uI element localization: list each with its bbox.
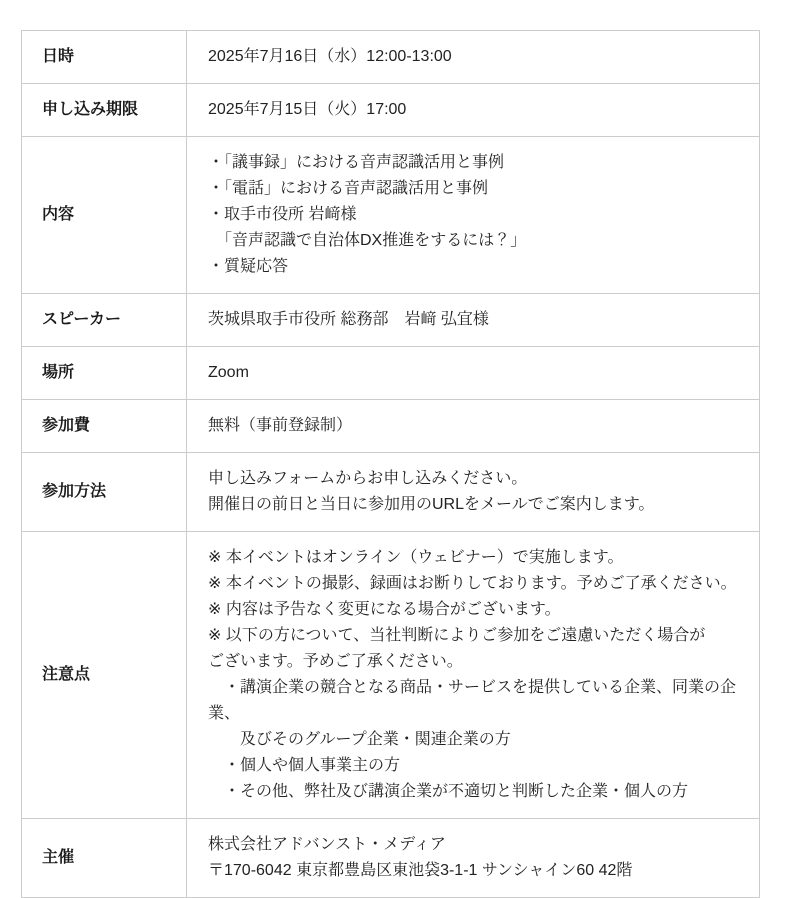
content-line: ※ 内容は予告なく変更になる場合がございます。 [208, 597, 743, 623]
row-content: 無料（事前登録制） [187, 400, 760, 453]
content-line: ・「議事録」における音声認識活用と事例 [208, 150, 743, 176]
row-label: 内容 [22, 137, 187, 294]
row-content: 茨城県取手市役所 総務部 岩﨑 弘宜様 [187, 294, 760, 347]
content-line: 「音声認識で自治体DX推進をするには？」 [208, 228, 743, 254]
row-content: Zoom [187, 347, 760, 400]
row-label: 申し込み期限 [22, 84, 187, 137]
table-row: 参加費無料（事前登録制） [22, 400, 760, 453]
content-line: ・講演企業の競合となる商品・サービスを提供している企業、同業の企業、 [208, 675, 743, 727]
content-line: ございます。予めご了承ください。 [208, 649, 743, 675]
row-label: 注意点 [22, 532, 187, 819]
row-content: ※ 本イベントはオンライン（ウェビナー）で実施します。※ 本イベントの撮影、録画… [187, 532, 760, 819]
row-content: 株式会社アドバンスト・メディア〒170-6042 東京都豊島区東池袋3-1-1 … [187, 819, 760, 898]
content-line: ・質疑応答 [208, 254, 743, 280]
content-line: 開催日の前日と当日に参加用のURLをメールでご案内します。 [208, 492, 743, 518]
table-row: 注意点※ 本イベントはオンライン（ウェビナー）で実施します。※ 本イベントの撮影… [22, 532, 760, 819]
content-line: ・その他、弊社及び講演企業が不適切と判断した企業・個人の方 [208, 779, 743, 805]
content-line: ※ 本イベントはオンライン（ウェビナー）で実施します。 [208, 545, 743, 571]
content-line: Zoom [208, 360, 743, 386]
row-content: 2025年7月16日（水）12:00-13:00 [187, 31, 760, 84]
table-row: 内容・「議事録」における音声認識活用と事例・「電話」における音声認識活用と事例・… [22, 137, 760, 294]
row-label: スピーカー [22, 294, 187, 347]
event-table-body: 日時2025年7月16日（水）12:00-13:00申し込み期限2025年7月1… [22, 31, 760, 898]
content-line: ・取手市役所 岩﨑様 [208, 202, 743, 228]
table-row: 日時2025年7月16日（水）12:00-13:00 [22, 31, 760, 84]
content-line: 2025年7月15日（火）17:00 [208, 97, 743, 123]
content-line: ※ 以下の方について、当社判断によりご参加をご遠慮いただく場合が [208, 623, 743, 649]
content-line: ・個人や個人事業主の方 [208, 753, 743, 779]
content-line: 茨城県取手市役所 総務部 岩﨑 弘宜様 [208, 307, 743, 333]
page: 日時2025年7月16日（水）12:00-13:00申し込み期限2025年7月1… [0, 0, 800, 897]
table-row: 主催株式会社アドバンスト・メディア〒170-6042 東京都豊島区東池袋3-1-… [22, 819, 760, 898]
content-line: 及びそのグループ企業・関連企業の方 [208, 727, 743, 753]
table-row: 申し込み期限2025年7月15日（火）17:00 [22, 84, 760, 137]
content-line: 申し込みフォームからお申し込みください。 [208, 466, 743, 492]
content-line: 〒170-6042 東京都豊島区東池袋3-1-1 サンシャイン60 42階 [208, 858, 743, 884]
row-content: 2025年7月15日（火）17:00 [187, 84, 760, 137]
row-content: ・「議事録」における音声認識活用と事例・「電話」における音声認識活用と事例・取手… [187, 137, 760, 294]
table-row: 参加方法申し込みフォームからお申し込みください。開催日の前日と当日に参加用のUR… [22, 453, 760, 532]
content-line: 2025年7月16日（水）12:00-13:00 [208, 44, 743, 70]
table-row: スピーカー茨城県取手市役所 総務部 岩﨑 弘宜様 [22, 294, 760, 347]
content-line: ※ 本イベントの撮影、録画はお断りしております。予めご了承ください。 [208, 571, 743, 597]
row-label: 場所 [22, 347, 187, 400]
content-line: 株式会社アドバンスト・メディア [208, 832, 743, 858]
table-row: 場所Zoom [22, 347, 760, 400]
row-content: 申し込みフォームからお申し込みください。開催日の前日と当日に参加用のURLをメー… [187, 453, 760, 532]
row-label: 参加方法 [22, 453, 187, 532]
row-label: 日時 [22, 31, 187, 84]
row-label: 参加費 [22, 400, 187, 453]
event-details-table: 日時2025年7月16日（水）12:00-13:00申し込み期限2025年7月1… [21, 30, 760, 898]
content-line: 無料（事前登録制） [208, 413, 743, 439]
content-line: ・「電話」における音声認識活用と事例 [208, 176, 743, 202]
row-label: 主催 [22, 819, 187, 898]
